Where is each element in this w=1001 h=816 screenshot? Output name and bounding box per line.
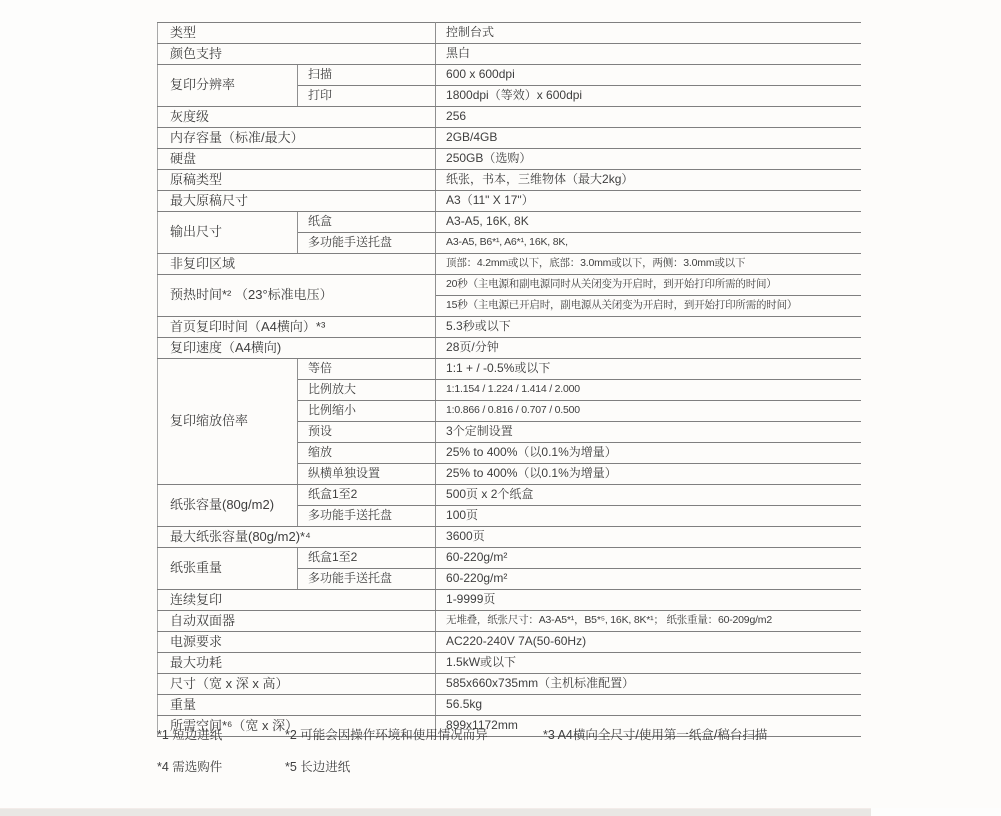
- spec-label: 颜色支持: [158, 44, 436, 65]
- spec-label: 纸张容量(80g/m2): [158, 485, 298, 527]
- spec-sub-label: 打印: [298, 86, 436, 107]
- footnote-item: *5 长边进纸: [285, 757, 543, 775]
- spec-label: 非复印区域: [158, 254, 436, 275]
- table-row: 类型控制台式: [158, 23, 861, 44]
- spec-label: 最大功耗: [158, 653, 436, 674]
- spec-label: 原稿类型: [158, 170, 436, 191]
- spec-value: 3600页: [436, 527, 861, 548]
- spec-value: 纸张，书本，三维物体（最大2kg）: [436, 170, 861, 191]
- spec-value: 15秒（主电源已开启时，副电源从关闭变为开启时，到开始打印所需的时间）: [436, 296, 861, 317]
- spec-value: 60-220g/m²: [436, 569, 861, 590]
- spec-value: AC220-240V 7A(50-60Hz): [436, 632, 861, 653]
- table-row: 自动双面器无堆叠，纸张尺寸：A3-A5*¹，B5*⁵, 16K, 8K*¹； 纸…: [158, 611, 861, 632]
- spec-value: 1800dpi（等效）x 600dpi: [436, 86, 861, 107]
- table-row: 最大功耗1.5kW或以下: [158, 653, 861, 674]
- spec-value: 控制台式: [436, 23, 861, 44]
- spec-value: 500页 x 2个纸盒: [436, 485, 861, 506]
- spec-value: A3-A5, 16K, 8K: [436, 212, 861, 233]
- spec-value: 2GB/4GB: [436, 128, 861, 149]
- spec-value: 250GB（选购）: [436, 149, 861, 170]
- spec-value: 1:0.866 / 0.816 / 0.707 / 0.500: [436, 401, 861, 422]
- spec-label: 复印分辨率: [158, 65, 298, 107]
- spec-value: 56.5kg: [436, 695, 861, 716]
- footnote-item: *3 A4横向全尺寸/使用第一纸盒/稿台扫描: [543, 725, 897, 743]
- spec-sub-label: 预设: [298, 422, 436, 443]
- spec-sub-label: 等倍: [298, 359, 436, 380]
- spec-label: 灰度级: [158, 107, 436, 128]
- spec-value: 20秒（主电源和副电源同时从关闭变为开启时，到开始打印所需的时间）: [436, 275, 861, 296]
- spec-value: 256: [436, 107, 861, 128]
- spec-sub-label: 纸盒1至2: [298, 548, 436, 569]
- table-row: 输出尺寸纸盒A3-A5, 16K, 8K: [158, 212, 861, 233]
- footnote-line-2: *4 需选购件*5 长边进纸: [157, 757, 897, 775]
- spec-value: 5.3秒或以下: [436, 317, 861, 338]
- table-row: 复印分辨率扫描600 x 600dpi: [158, 65, 861, 86]
- spec-sub-label: 比例放大: [298, 380, 436, 401]
- spec-value: A3-A5, B6*¹, A6*¹, 16K, 8K,: [436, 233, 861, 254]
- spec-value: 无堆叠，纸张尺寸：A3-A5*¹，B5*⁵, 16K, 8K*¹； 纸张重量：6…: [436, 611, 861, 632]
- spec-sub-label: 多功能手送托盘: [298, 233, 436, 254]
- footnote-line-1: *1 短边进纸*2 可能会因操作环境和使用情况而异*3 A4横向全尺寸/使用第一…: [157, 725, 897, 743]
- spec-label: 连续复印: [158, 590, 436, 611]
- spec-label: 自动双面器: [158, 611, 436, 632]
- spec-sheet: 类型控制台式颜色支持黑白复印分辨率扫描600 x 600dpi打印1800dpi…: [130, 0, 1001, 808]
- table-row: 复印缩放倍率等倍1:1 + / -0.5%或以下: [158, 359, 861, 380]
- spec-value: 25% to 400%（以0.1%为增量）: [436, 464, 861, 485]
- spec-value: 600 x 600dpi: [436, 65, 861, 86]
- bottom-band: [0, 808, 871, 816]
- spec-sub-label: 纵横单独设置: [298, 464, 436, 485]
- spec-value: 1:1.154 / 1.224 / 1.414 / 2.000: [436, 380, 861, 401]
- spec-sub-label: 多功能手送托盘: [298, 569, 436, 590]
- footnote-item: *4 需选购件: [157, 757, 285, 775]
- table-row: 连续复印1-9999页: [158, 590, 861, 611]
- table-row: 原稿类型纸张，书本，三维物体（最大2kg）: [158, 170, 861, 191]
- table-row: 灰度级256: [158, 107, 861, 128]
- footnote-item: *2 可能会因操作环境和使用情况而异: [285, 725, 543, 743]
- spec-label: 最大原稿尺寸: [158, 191, 436, 212]
- table-row: 非复印区域顶部：4.2mm或以下，底部：3.0mm或以下，两侧：3.0mm或以下: [158, 254, 861, 275]
- spec-sub-label: 纸盒1至2: [298, 485, 436, 506]
- table-row: 硬盘250GB（选购）: [158, 149, 861, 170]
- spec-value: 3个定制设置: [436, 422, 861, 443]
- spec-value: 28页/分钟: [436, 338, 861, 359]
- table-row: 重量56.5kg: [158, 695, 861, 716]
- table-row: 首页复印时间（A4横向）*³5.3秒或以下: [158, 317, 861, 338]
- spec-value: A3（11" X 17"）: [436, 191, 861, 212]
- table-row: 内存容量（标准/最大）2GB/4GB: [158, 128, 861, 149]
- spec-value: 1-9999页: [436, 590, 861, 611]
- spec-sub-label: 比例缩小: [298, 401, 436, 422]
- footnotes: *1 短边进纸*2 可能会因操作环境和使用情况而异*3 A4横向全尺寸/使用第一…: [157, 725, 897, 789]
- table-row: 复印速度（A4横向)28页/分钟: [158, 338, 861, 359]
- spec-value: 1.5kW或以下: [436, 653, 861, 674]
- spec-label: 预热时间*² （23°标准电压）: [158, 275, 436, 317]
- spec-label: 硬盘: [158, 149, 436, 170]
- footnote-item: *1 短边进纸: [157, 725, 285, 743]
- spec-label: 最大纸张容量(80g/m2)*⁴: [158, 527, 436, 548]
- spec-label: 重量: [158, 695, 436, 716]
- spec-sub-label: 纸盒: [298, 212, 436, 233]
- table-row: 电源要求AC220-240V 7A(50-60Hz): [158, 632, 861, 653]
- spec-label: 纸张重量: [158, 548, 298, 590]
- spec-label: 内存容量（标准/最大）: [158, 128, 436, 149]
- table-row: 最大纸张容量(80g/m2)*⁴3600页: [158, 527, 861, 548]
- spec-value: 60-220g/m²: [436, 548, 861, 569]
- table-row: 预热时间*² （23°标准电压）20秒（主电源和副电源同时从关闭变为开启时，到开…: [158, 275, 861, 296]
- spec-table: 类型控制台式颜色支持黑白复印分辨率扫描600 x 600dpi打印1800dpi…: [157, 22, 861, 737]
- spec-label: 首页复印时间（A4横向）*³: [158, 317, 436, 338]
- table-row: 纸张容量(80g/m2)纸盒1至2500页 x 2个纸盒: [158, 485, 861, 506]
- spec-value: 1:1 + / -0.5%或以下: [436, 359, 861, 380]
- spec-value: 585x660x735mm（主机标准配置）: [436, 674, 861, 695]
- spec-sub-label: 多功能手送托盘: [298, 506, 436, 527]
- spec-label: 尺寸（宽 x 深 x 高）: [158, 674, 436, 695]
- table-row: 最大原稿尺寸A3（11" X 17"）: [158, 191, 861, 212]
- spec-sub-label: 扫描: [298, 65, 436, 86]
- spec-label: 类型: [158, 23, 436, 44]
- page: { "table": { "rows": [ {"label": "类型", "…: [0, 0, 1001, 816]
- spec-label: 输出尺寸: [158, 212, 298, 254]
- table-row: 尺寸（宽 x 深 x 高）585x660x735mm（主机标准配置）: [158, 674, 861, 695]
- spec-value: 25% to 400%（以0.1%为增量）: [436, 443, 861, 464]
- spec-sub-label: 缩放: [298, 443, 436, 464]
- spec-value: 黑白: [436, 44, 861, 65]
- spec-value: 顶部：4.2mm或以下，底部：3.0mm或以下，两侧：3.0mm或以下: [436, 254, 861, 275]
- spec-value: 100页: [436, 506, 861, 527]
- spec-label: 电源要求: [158, 632, 436, 653]
- table-row: 纸张重量纸盒1至260-220g/m²: [158, 548, 861, 569]
- table-row: 颜色支持黑白: [158, 44, 861, 65]
- spec-label: 复印速度（A4横向): [158, 338, 436, 359]
- spec-label: 复印缩放倍率: [158, 359, 298, 485]
